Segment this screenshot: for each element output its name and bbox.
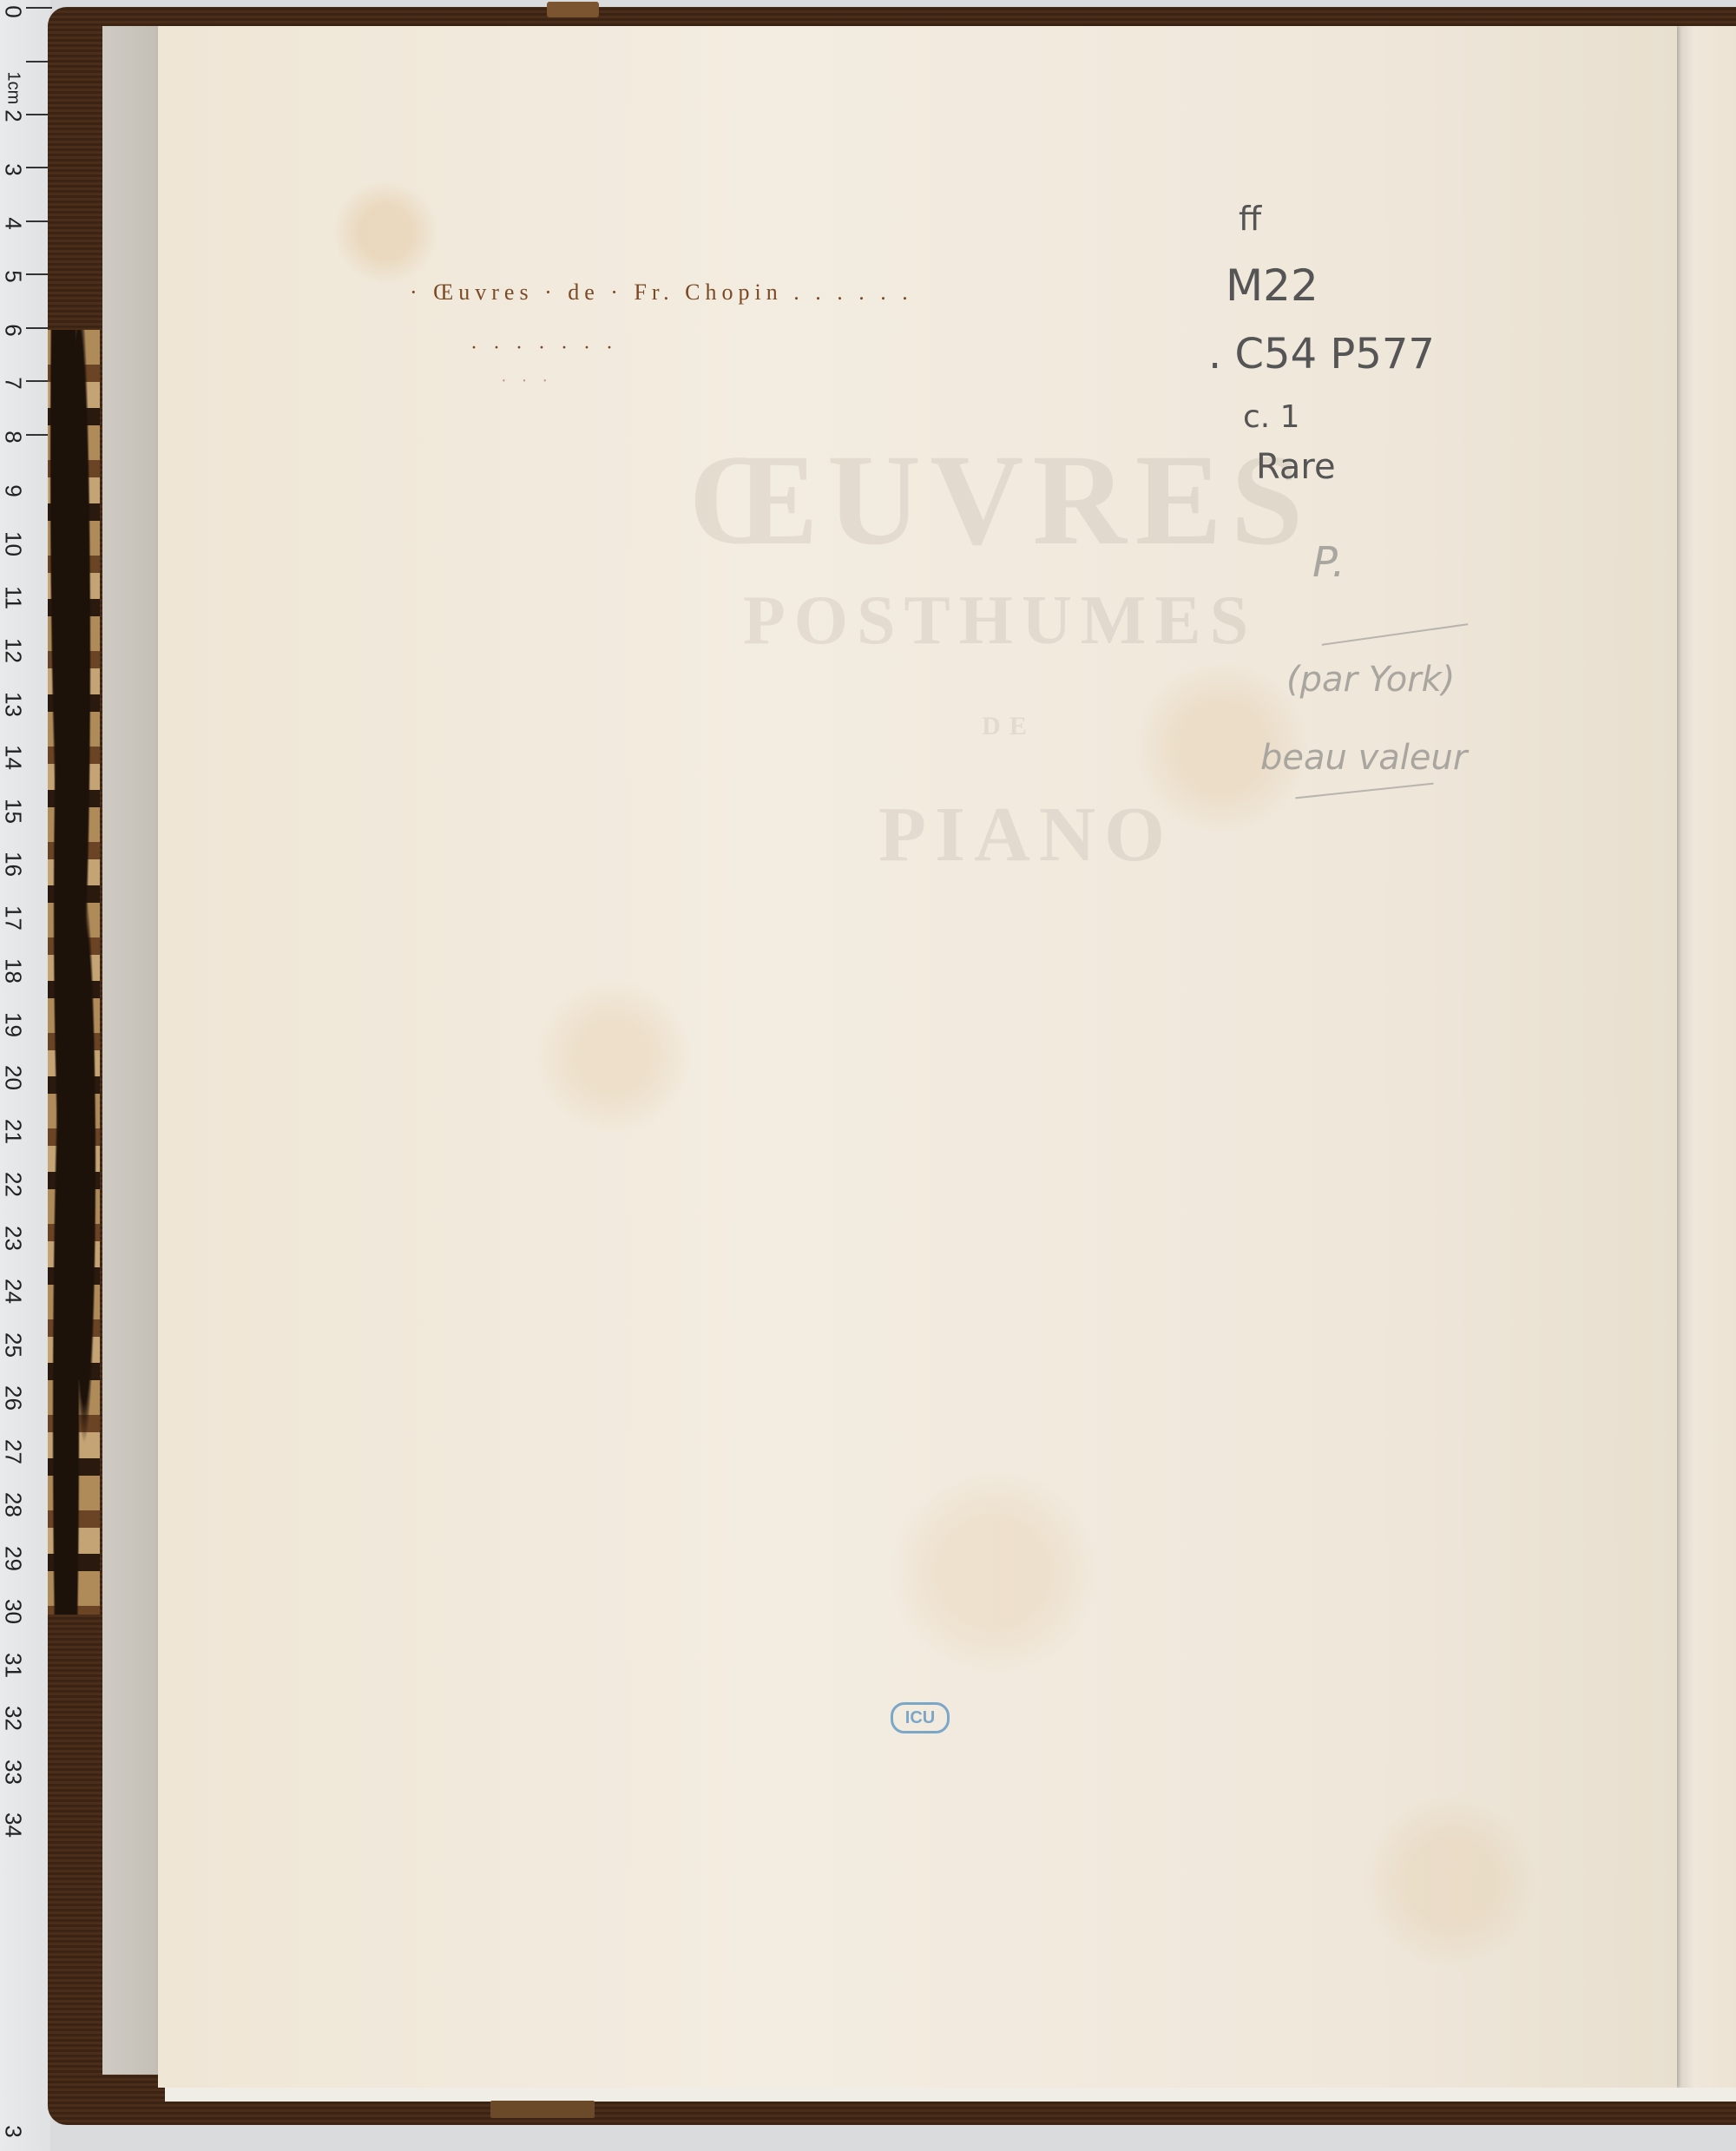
call-number-line: . C54 P577: [1208, 330, 1435, 378]
ruler-label: 28: [0, 1492, 27, 1518]
ruler-label: 24: [0, 1279, 27, 1305]
ruler-label: 8: [0, 424, 27, 451]
ruler-label: 12: [0, 638, 27, 664]
faded-title-line: PIANO: [766, 790, 1286, 879]
measurement-ruler: 0 1cm 2 3 4 5 6 7 8 9 10 11 12 13 14 15 …: [0, 0, 50, 2151]
ruler-label: 32: [0, 1706, 27, 1732]
pencil-note: (par York): [1286, 660, 1455, 700]
ink-offset-line: · · · · · · ·: [470, 337, 618, 360]
ruler-label: 10: [0, 531, 27, 557]
cover-clasp-bottom: [490, 2101, 595, 2118]
faded-title-line: POSTHUMES: [696, 582, 1304, 661]
ruler-label: 18: [0, 958, 27, 984]
call-number-line: ff: [1239, 200, 1261, 238]
ruler-label: 19: [0, 1012, 27, 1038]
ruler-label: 22: [0, 1172, 27, 1198]
facing-page-edge: [1677, 26, 1736, 2088]
pencil-underline: [1322, 623, 1469, 646]
ruler-label: 23: [0, 1226, 27, 1252]
ruler-label: 34: [0, 1812, 27, 1839]
ruler-label: 17: [0, 905, 27, 931]
ruler-label: 0: [0, 0, 27, 25]
ruler-label: 11: [0, 585, 27, 611]
ruler-label: 7: [0, 371, 27, 397]
ruler-tick: [26, 7, 52, 9]
ruler-label: 2: [0, 103, 27, 129]
title-page: · Œuvres · de · Fr. Chopin . . . . . . ·…: [158, 26, 1677, 2088]
page-bottom-edge: [165, 2088, 1736, 2102]
ink-offset-line: · Œuvres · de · Fr. Chopin . . . . . .: [410, 280, 913, 306]
ruler-label: 33: [0, 1760, 27, 1786]
pencil-underline: [1295, 783, 1433, 799]
marbled-board-edge: [48, 330, 100, 1615]
pencil-note: P.: [1312, 538, 1345, 587]
call-number-line: Rare: [1256, 447, 1336, 487]
pencil-note: beau valeur: [1260, 738, 1467, 778]
ruler-label: 20: [0, 1065, 27, 1091]
ruler-label: 1cm: [3, 72, 23, 98]
ruler-label: 6: [0, 318, 27, 344]
cover-clasp-top: [547, 2, 599, 17]
ruler-label: 9: [0, 478, 27, 504]
ruler-label: 25: [0, 1332, 27, 1358]
ruler-label: 3: [0, 2119, 27, 2145]
ruler-label: 26: [0, 1385, 27, 1411]
endpaper-strip: [102, 26, 163, 2075]
ruler-label: 21: [0, 1119, 27, 1145]
ruler-label: 29: [0, 1546, 27, 1572]
ink-offset-line: · · ·: [501, 372, 553, 391]
ruler-label: 15: [0, 799, 27, 825]
ruler-label: 16: [0, 852, 27, 878]
ruler-label: 31: [0, 1653, 27, 1679]
ruler-label: 14: [0, 745, 27, 771]
ruler-label: 5: [0, 264, 27, 290]
ruler-label: 3: [0, 157, 27, 183]
call-number-line: c. 1: [1243, 399, 1300, 435]
faded-title-line: DE: [922, 712, 1095, 741]
library-stamp: ICU: [891, 1702, 950, 1733]
ruler-label: 30: [0, 1599, 27, 1625]
ruler-label: 13: [0, 692, 27, 718]
ruler-label: 27: [0, 1439, 27, 1465]
ruler-label: 4: [0, 211, 27, 237]
call-number-line: M22: [1226, 260, 1318, 311]
